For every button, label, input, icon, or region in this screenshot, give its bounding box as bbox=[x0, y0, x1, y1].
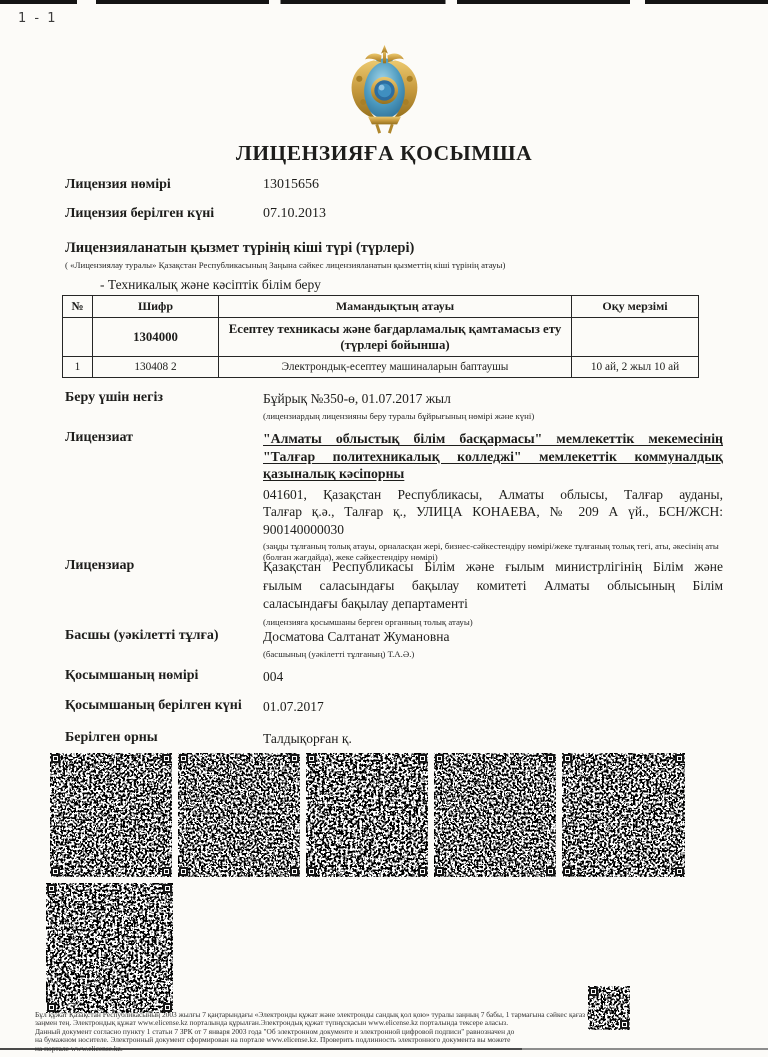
row-term-cell: 10 ай, 2 жыл 10 ай bbox=[572, 357, 699, 378]
scan-artifact-top-strip bbox=[0, 0, 768, 4]
signature-qr-block-2 bbox=[178, 753, 300, 877]
licensee-address: 041601, Қазақстан Республикасы, Алматы о… bbox=[263, 486, 723, 539]
licensee-label: Лицензиат bbox=[65, 430, 263, 562]
legal-fine-print: Бұл құжат Қазақстан Республикасының 2003… bbox=[35, 1011, 597, 1053]
license-fields: Лицензия нөмірі 13015656 Лицензия берілг… bbox=[65, 177, 728, 222]
basis-note: (лицензиардың лицензияны беру туралы бұй… bbox=[263, 411, 723, 422]
page-counter: 1 - 1 bbox=[18, 11, 58, 26]
license-date-value: 07.10.2013 bbox=[263, 206, 326, 222]
verification-qr-icon bbox=[588, 986, 630, 1030]
licensor-label: Лицензиар bbox=[65, 558, 263, 627]
licensor-value-line: саласындағы бақылау департаменті bbox=[263, 595, 723, 614]
licensee-address-line: 041601, Қазақстан Республикасы, Алматы о… bbox=[263, 486, 723, 504]
kazakhstan-coat-of-arms-icon bbox=[336, 40, 433, 137]
table-row: 1 130408 2 Электрондық-есептеу машиналар… bbox=[63, 357, 699, 378]
head-value: Досматова Салтанат Жумановна bbox=[263, 628, 723, 646]
col-header-specialty: Мамандықтың атауы bbox=[219, 296, 572, 318]
row-code-cell: 130408 2 bbox=[93, 357, 219, 378]
licensee-address-line: 900140000030 bbox=[263, 521, 723, 539]
table-header-row: № Шифр Мамандықтың атауы Оқу мерзімі bbox=[63, 296, 699, 318]
basis-label: Беру үшін негіз bbox=[65, 390, 263, 422]
licensee-org-line: қазыналық кәсіпорны bbox=[263, 465, 723, 483]
license-date-row: Лицензия берілген күні 07.10.2013 bbox=[65, 206, 728, 222]
issue-place-value: Талдықорған қ. bbox=[263, 730, 723, 748]
appendix-number-value: 004 bbox=[263, 668, 723, 686]
activity-subtype-heading: Лицензияланатын қызмет түрінің кіші түрі… bbox=[65, 240, 730, 257]
licensor-value-line: ғылым саласындағы бақылау комитеті Алмат… bbox=[263, 577, 723, 596]
licensee-address-line: Талғар қ.ә., Талғар қ., УЛИЦА КОНАЕВА, №… bbox=[263, 503, 723, 521]
head-person-row: Басшы (уәкілетті тұлға) Досматова Салтан… bbox=[65, 628, 723, 660]
licensor-note: (лицензияға қосымшаны берген органның то… bbox=[263, 617, 723, 628]
document-title: ЛИЦЕНЗИЯҒА ҚОСЫМША bbox=[0, 141, 768, 166]
basis-row: Беру үшін негіз Бұйрық №350-ө, 01.07.201… bbox=[65, 390, 723, 422]
licensor-row: Лицензиар Қазақстан Республикасы Білім ж… bbox=[65, 558, 723, 627]
head-label: Басшы (уәкілетті тұлға) bbox=[65, 628, 263, 660]
group-term-cell bbox=[572, 318, 699, 357]
group-name-cell: Есептеу техникасы және бағдарламалық қам… bbox=[219, 318, 572, 357]
specialties-table: № Шифр Мамандықтың атауы Оқу мерзімі 130… bbox=[62, 295, 699, 378]
head-note: (басшының (уәкілетті тұлғаның) Т.А.Ә.) bbox=[263, 649, 723, 660]
appendix-date-label: Қосымшаның берілген күні bbox=[65, 698, 263, 716]
appendix-date-value: 01.07.2017 bbox=[263, 698, 723, 716]
issue-place-label: Берілген орны bbox=[65, 730, 263, 748]
col-header-term: Оқу мерзімі bbox=[572, 296, 699, 318]
signature-qr-block-5 bbox=[562, 753, 685, 877]
issue-place-row: Берілген орны Талдықорған қ. bbox=[65, 730, 723, 748]
group-code-cell: 1304000 bbox=[93, 318, 219, 357]
appendix-number-row: Қосымшаның нөмірі 004 bbox=[65, 668, 723, 686]
group-num-cell bbox=[63, 318, 93, 357]
document-header: ЛИЦЕНЗИЯҒА ҚОСЫМША bbox=[0, 40, 768, 166]
licensor-value-line: Қазақстан Республикасы Білім және ғылым … bbox=[263, 558, 723, 577]
licensee-org-line: "Алматы облыстық білім басқармасы" мемле… bbox=[263, 430, 723, 448]
license-date-label: Лицензия берілген күні bbox=[65, 206, 263, 222]
basis-value: Бұйрық №350-ө, 01.07.2017 жыл bbox=[263, 390, 723, 408]
scanned-license-appendix-page: 1 - 1 bbox=[0, 0, 768, 1057]
license-number-label: Лицензия нөмірі bbox=[65, 177, 263, 193]
appendix-date-row: Қосымшаның берілген күні 01.07.2017 bbox=[65, 698, 723, 716]
signature-qr-block-1 bbox=[50, 753, 172, 877]
license-number-value: 13015656 bbox=[263, 177, 319, 193]
licensee-organization-name: "Алматы облыстық білім басқармасы" мемле… bbox=[263, 430, 723, 483]
footer-line: на портале www.elicense.kz. bbox=[35, 1045, 597, 1053]
signature-qr-block-6 bbox=[46, 883, 173, 1013]
appendix-number-label: Қосымшаның нөмірі bbox=[65, 668, 263, 686]
col-header-number: № bbox=[63, 296, 93, 318]
table-group-row: 1304000 Есептеу техникасы және бағдарлам… bbox=[63, 318, 699, 357]
signature-qr-block-3 bbox=[306, 753, 428, 877]
license-number-row: Лицензия нөмірі 13015656 bbox=[65, 177, 728, 193]
licensee-org-line: "Талғар политехникалық колледжі" мемлеке… bbox=[263, 448, 723, 466]
licensed-activity-section: Лицензияланатын қызмет түрінің кіші түрі… bbox=[65, 240, 730, 293]
col-header-code: Шифр bbox=[93, 296, 219, 318]
signature-qr-block-4 bbox=[434, 753, 556, 877]
licensee-row: Лицензиат "Алматы облыстық білім басқарм… bbox=[65, 430, 723, 562]
row-name-cell: Электрондық-есептеу машиналарын баптаушы bbox=[219, 357, 572, 378]
row-num-cell: 1 bbox=[63, 357, 93, 378]
activity-subtype-note: ( «Лицензиялау туралы» Қазақстан Республ… bbox=[65, 260, 730, 271]
activity-subtype-item: - Техникалық және кәсіптік білім беру bbox=[100, 277, 730, 293]
